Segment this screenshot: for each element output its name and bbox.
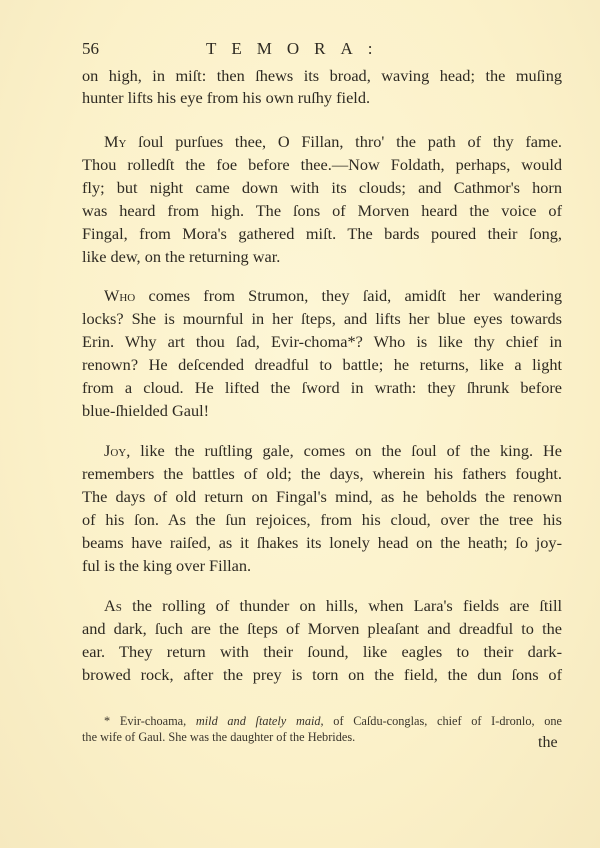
book-page: 56 TEMORA: on high, in miſt: then ſhews … [0, 0, 600, 848]
text-line: remembers the battles of old; the days, … [82, 463, 562, 485]
text-line: Thou rolledſt the foe before thee.—Now F… [82, 154, 562, 176]
text-line: ear. They return with their ſound, like … [82, 641, 562, 663]
footnote-line: * Evir-choama, mild and ſtately maid, of… [104, 713, 562, 729]
paragraph-lead: Who [104, 286, 135, 305]
running-title: TEMORA: [206, 39, 388, 59]
text-line: was heard from high. The ſons of Morven … [82, 200, 562, 222]
footnote-line: the wife of Gaul. She was the daughter o… [82, 729, 355, 745]
text-line: on high, in miſt: then ſhews its broad, … [82, 65, 562, 87]
text-line: like dew, on the returning war. [82, 246, 562, 268]
text-line: and dark, ſuch are the ſteps of Morven p… [82, 618, 562, 640]
text-line: hunter lifts his eye from his own ruſhy … [82, 87, 562, 109]
text-line: renown? He deſcended dreadful to battle;… [82, 354, 562, 376]
paragraph-lead: My [104, 132, 126, 151]
text-line: beams have raiſed, as it ſhakes its lone… [82, 532, 562, 554]
text-line: The days of old return on Fingal's mind,… [82, 486, 562, 508]
page-header: 56 TEMORA: [82, 39, 542, 63]
text-line: from a cloud. He lifted the ſword in wra… [82, 377, 562, 399]
text-line: Erin. Why art thou ſad, Evir-choma*? Who… [82, 331, 562, 353]
text-line: blue-ſhielded Gaul! [82, 400, 562, 422]
text-line: Fingal, from Mora's gathered miſt. The b… [82, 223, 562, 245]
text-line: locks? She is mournful in her ſteps, and… [82, 308, 562, 330]
text-line: My ſoul purſues thee, O Fillan, thro' th… [104, 131, 562, 153]
text-line: of his ſon. As the ſun rejoices, from hi… [82, 509, 562, 531]
text-line: Who comes from Strumon, they ſaid, amidſ… [104, 285, 562, 307]
text-line: browed rock, after the prey is torn on t… [82, 664, 562, 686]
paragraph-lead: Joy [104, 441, 126, 460]
paragraph-lead: As [104, 596, 122, 615]
footnote-marker: * [104, 714, 110, 728]
text-line: As the rolling of thunder on hills, when… [104, 595, 562, 617]
catchword: the [538, 734, 558, 752]
text-line: fly; but night came down with its clouds… [82, 177, 562, 199]
page-number: 56 [82, 39, 99, 59]
text-line: Joy, like the ruſtling gale, comes on th… [104, 440, 562, 462]
text-line: ful is the king over Fillan. [82, 555, 562, 577]
